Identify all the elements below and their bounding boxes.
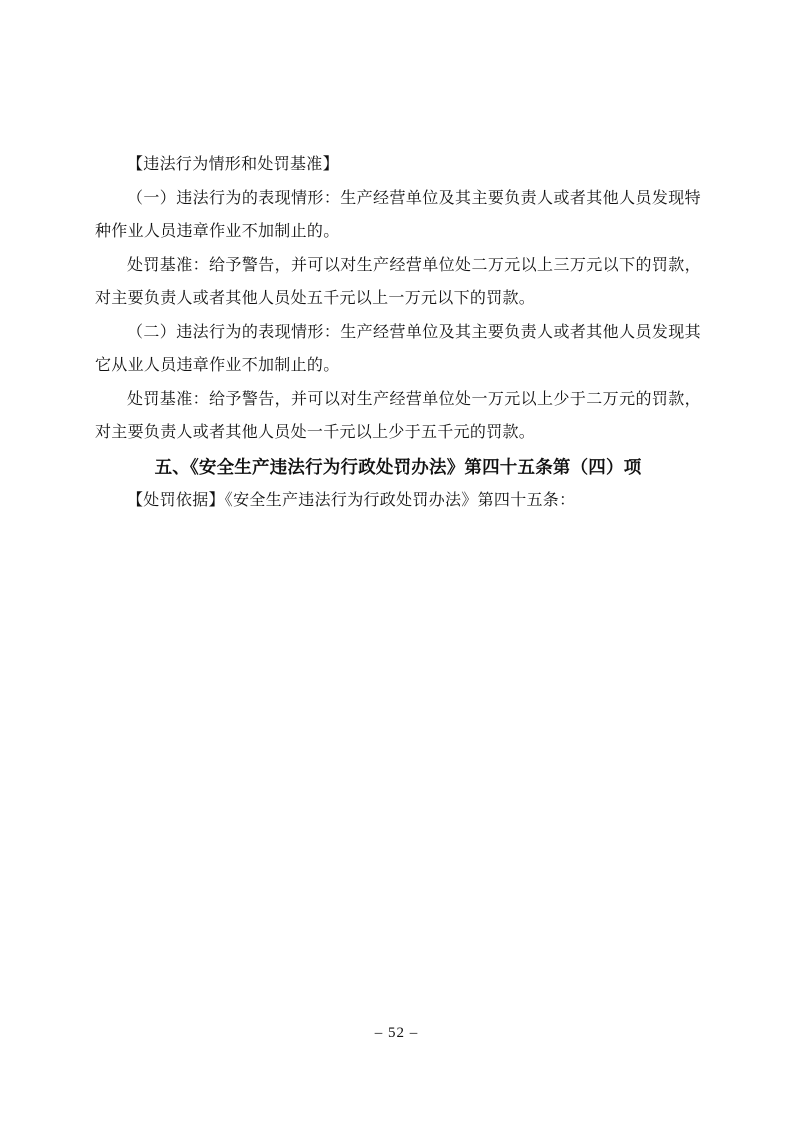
paragraph-violation-situation-1: （一）违法行为的表现情形：生产经营单位及其主要负责人或者其他人员发现特种作业人员… (95, 182, 701, 249)
paragraph-penalty-basis-2: 处罚基准：给予警告，并可以对生产经营单位处一万元以上少于二万元的罚款，对主要负责… (95, 383, 701, 450)
section-heading-article-45-item-4: 五、《安全生产违法行为行政处罚办法》第四十五条第（四）项 (95, 450, 701, 484)
paragraph-penalty-reference: 【处罚依据】《安全生产违法行为行政处罚办法》第四十五条： (95, 484, 701, 518)
paragraph-violation-situation-2: （二）违法行为的表现情形：生产经营单位及其主要负责人或者其他人员发现其它从业人员… (95, 316, 701, 383)
document-page: 【违法行为情形和处罚基准】 （一）违法行为的表现情形：生产经营单位及其主要负责人… (0, 0, 793, 1122)
paragraph-penalty-basis-1: 处罚基准：给予警告，并可以对生产经营单位处二万元以上三万元以下的罚款，对主要负责… (95, 249, 701, 316)
bracket-header-violation-and-penalty-basis: 【违法行为情形和处罚基准】 (95, 148, 701, 182)
page-number: – 52 – (0, 1022, 793, 1044)
document-content: 【违法行为情形和处罚基准】 （一）违法行为的表现情形：生产经营单位及其主要负责人… (95, 148, 701, 517)
